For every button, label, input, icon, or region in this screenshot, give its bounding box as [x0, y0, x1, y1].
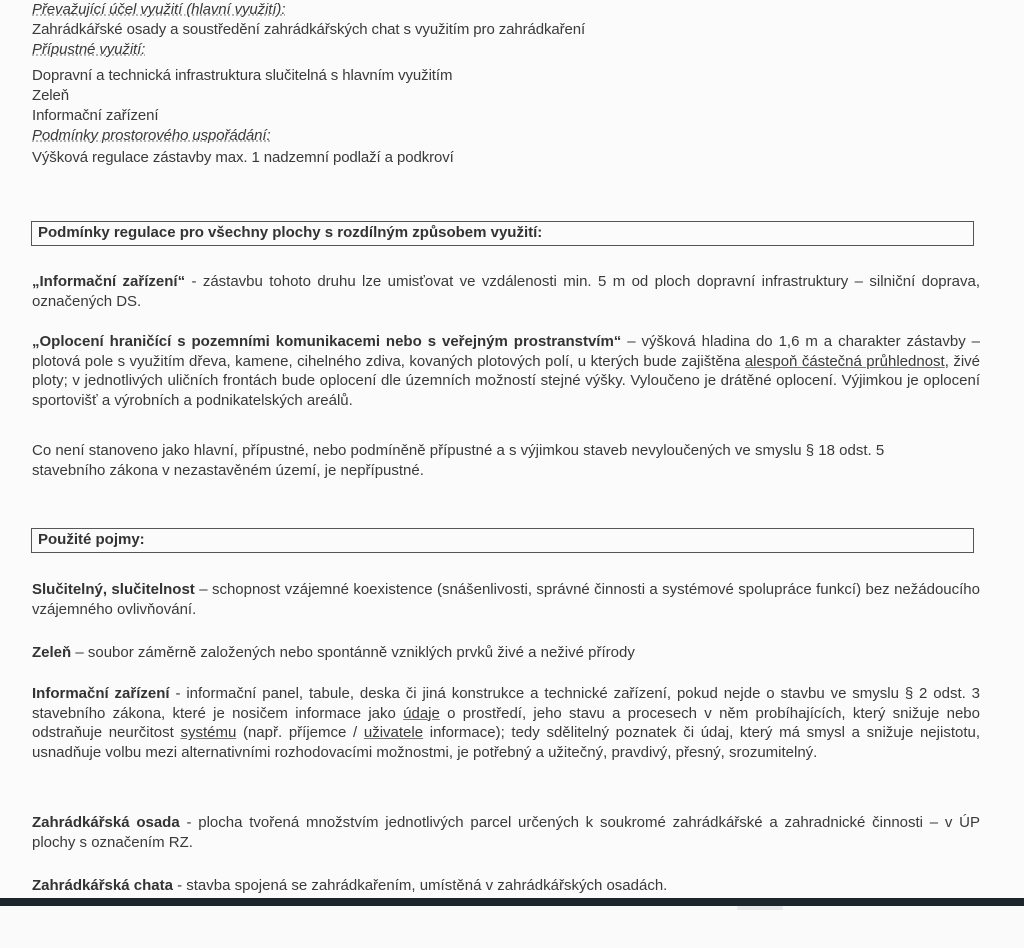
paragraph-fencing: „Oplocení hraničící s pozemními komunika…	[32, 332, 980, 410]
permitted-use-label: Přípustné využití:	[32, 40, 145, 60]
document-page: Převažující účel využití (hlavní využití…	[0, 0, 1024, 898]
section-heading-terms: Použité pojmy:	[31, 528, 974, 553]
link-udaje[interactable]: údaje	[403, 705, 440, 722]
paragraph-not-permitted: Co není stanoveno jako hlavní, přípustné…	[32, 441, 932, 480]
permitted-use-item: Informační zařízení	[32, 106, 159, 126]
bottom-area	[0, 906, 1024, 948]
primary-use-label: Převažující účel využití (hlavní využití…	[32, 0, 285, 20]
paragraph-information-facility: „Informační zařízení“ - zástavbu tohoto …	[32, 272, 980, 311]
primary-use-value: Zahrádkářské osady a soustředění zahrádk…	[32, 20, 585, 40]
permitted-use-item: Zeleň	[32, 86, 69, 106]
term-compatible: Slučitelný, slučitelnost – schopnost vzá…	[32, 580, 980, 619]
drag-handle[interactable]	[737, 906, 783, 910]
term-garden-colony: Zahrádkářská osada - plocha tvořená množ…	[32, 813, 980, 852]
viewer-bottom-bar	[0, 898, 1024, 906]
term: „Informační zařízení“	[32, 273, 185, 290]
term: „Oplocení hraničící s pozemními komunika…	[32, 333, 621, 350]
term-information-facility: Informační zařízení - informační panel, …	[32, 684, 980, 762]
permitted-use-item: Dopravní a technická infrastruktura sluč…	[32, 66, 452, 86]
term-greenery: Zeleň – soubor záměrně založených nebo s…	[32, 643, 980, 663]
spatial-value: Výšková regulace zástavby max. 1 nadzemn…	[32, 148, 454, 168]
spatial-label: Podmínky prostorového uspořádání:	[32, 126, 271, 146]
link-uzivatele[interactable]: uživatele	[364, 724, 423, 741]
underlined-phrase: alespoň částečná průhlednost	[745, 353, 945, 370]
term-garden-cottage: Zahrádkářská chata - stavba spojená se z…	[32, 876, 980, 896]
link-systemu[interactable]: systému	[180, 724, 236, 741]
section-heading-conditions: Podmínky regulace pro všechny plochy s r…	[31, 221, 974, 246]
